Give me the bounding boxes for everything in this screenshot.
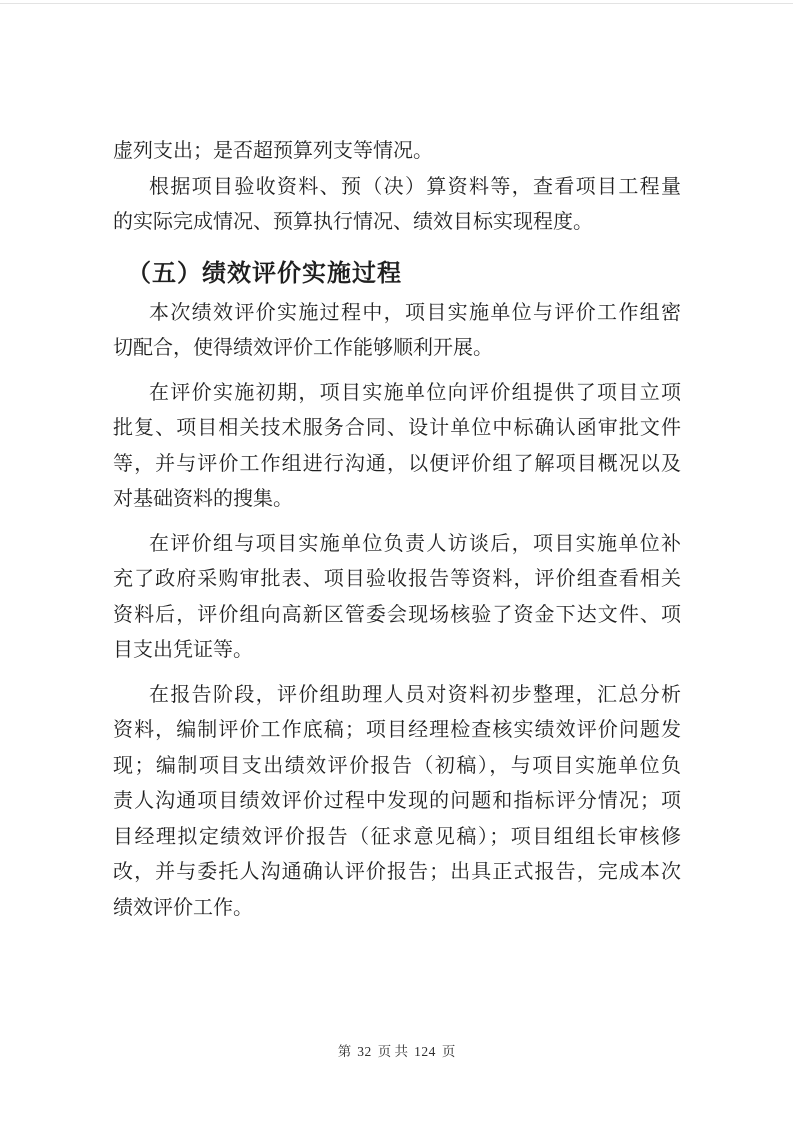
footer-pages-label: 页 共 [378,1040,408,1060]
text-line: 绩效评价工作。 [113,891,681,927]
footer-page-label: 第 [338,1040,352,1060]
text-line: 对基础资料的搜集。 [113,482,681,518]
paragraph: 在评价组与项目实施单位负责人访谈后，项目实施单位补充了政府采购审批表、项目验收报… [113,527,681,669]
paragraph: 本次绩效评价实施过程中，项目实施单位与评价工作组密切配合，使得绩效评价工作能够顺… [113,296,681,367]
text-line: 等，并与评价工作组进行沟通，以便评价组了解项目概况以及 [113,447,681,483]
paragraph: 根据项目验收资料、预（决）算资料等，查看项目工程量的实际完成情况、预算执行情况、… [113,170,681,241]
text-line: 在报告阶段，评价组助理人员对资料初步整理，汇总分析 [113,678,681,714]
text-line: 在评价组与项目实施单位负责人访谈后，项目实施单位补 [113,527,681,563]
text-line: 切配合，使得绩效评价工作能够顺利开展。 [113,331,681,367]
text-line: 在评价实施初期，项目实施单位向评价组提供了项目立项 [113,376,681,412]
text-line: 现；编制项目支出绩效评价报告（初稿），与项目实施单位负 [113,749,681,785]
page-top-edge [0,3,793,4]
page-footer: 第 32 页 共 124 页 [0,1040,793,1060]
text-line: 虚列支出；是否超预算列支等情况。 [113,134,681,170]
text-line: 充了政府采购审批表、项目验收报告等资料，评价组查看相关 [113,562,681,598]
text-line: 本次绩效评价实施过程中，项目实施单位与评价工作组密 [113,296,681,332]
section-heading: （五）绩效评价实施过程 [113,254,681,294]
paragraph: 在评价实施初期，项目实施单位向评价组提供了项目立项批复、项目相关技术服务合同、设… [113,376,681,518]
text-line: 目经理拟定绩效评价报告（征求意见稿）；项目组组长审核修 [113,820,681,856]
document-body: 虚列支出；是否超预算列支等情况。根据项目验收资料、预（决）算资料等，查看项目工程… [113,134,681,926]
text-line: 改，并与委托人沟通确认评价报告；出具正式报告，完成本次 [113,855,681,891]
footer-page-suffix: 页 [442,1040,456,1060]
paragraph-continuation: 虚列支出；是否超预算列支等情况。 [113,134,681,170]
text-line: 批复、项目相关技术服务合同、设计单位中标确认函审批文件 [113,411,681,447]
document-page: 虚列支出；是否超预算列支等情况。根据项目验收资料、预（决）算资料等，查看项目工程… [0,0,793,1122]
text-line: 资料，编制评价工作底稿；项目经理检查核实绩效评价问题发 [113,713,681,749]
total-page-count: 124 [414,1044,436,1060]
current-page-number: 32 [357,1044,372,1060]
text-line: 的实际完成情况、预算执行情况、绩效目标实现程度。 [113,205,681,241]
text-line: 责人沟通项目绩效评价过程中发现的问题和指标评分情况；项 [113,784,681,820]
heading-text: （五）绩效评价实施过程 [113,254,681,294]
text-line: 资料后，评价组向高新区管委会现场核验了资金下达文件、项 [113,598,681,634]
paragraph: 在报告阶段，评价组助理人员对资料初步整理，汇总分析资料，编制评价工作底稿；项目经… [113,678,681,927]
text-line: 根据项目验收资料、预（决）算资料等，查看项目工程量 [113,170,681,206]
text-line: 目支出凭证等。 [113,633,681,669]
